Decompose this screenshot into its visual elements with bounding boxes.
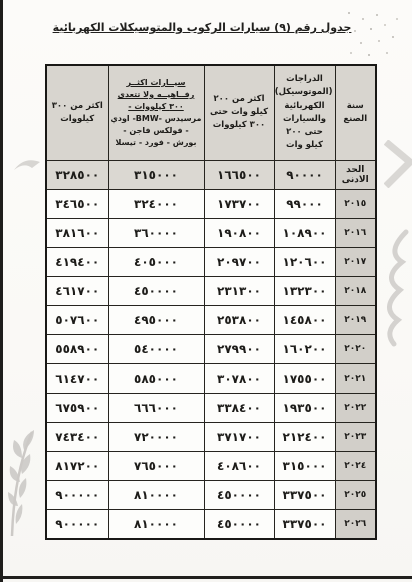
value-200-to-300kw: ٢٣١٣٠٠ [204, 277, 274, 306]
year-cell: ٢٠١٦ [335, 218, 376, 247]
header-luxury-300kw: سيــارات اكثــر رفــاهيــه ولا تتعدى ٣٠٠… [108, 65, 204, 160]
watermark-laurel-branch [0, 424, 42, 544]
value-upto-200kw: ١٤٥٨٠٠ [274, 306, 335, 335]
table-row: ٢٠١٨١٣٢٣٠٠٢٣١٣٠٠٤٥٠٠٠٠٤٦١٧٠٠ [46, 277, 376, 306]
value-over-300kw: ٩٠٠٠٠٠ [46, 510, 108, 539]
scanned-page: جدول رقم (٩) سيارات الركوب والمتوسيكلات … [0, 0, 412, 582]
table-row: ٢٠٢٠١٦٠٢٠٠٢٧٩٩٠٠٥٤٠٠٠٠٥٥٨٩٠٠ [46, 335, 376, 364]
value-luxury: ٥٤٠٠٠٠ [108, 335, 204, 364]
table-row: ٢٠٢٢١٩٣٥٠٠٣٣٨٤٠٠٦٦٦٠٠٠٦٧٥٩٠٠ [46, 393, 376, 422]
watermark-chevron-right [384, 140, 412, 188]
year-cell: ٢٠١٨ [335, 277, 376, 306]
value-200-to-300kw: ٤٠٨٦٠٠ [204, 451, 274, 480]
title-row: جدول رقم (٩) سيارات الركوب والمتوسيكلات … [0, 16, 412, 35]
value-over-300kw: ٧٤٣٤٠٠ [46, 422, 108, 451]
year-cell: الحد الادنى [335, 160, 376, 189]
value-upto-200kw: ٣٣٧٥٠٠ [274, 481, 335, 510]
header-row: سنة الصنع الدراجات (الموتوسيكل) الكهربائ… [46, 65, 376, 160]
value-luxury: ٧٦٥٠٠٠ [108, 451, 204, 480]
value-luxury: ٦٦٦٠٠٠ [108, 393, 204, 422]
value-over-300kw: ٨١٧٢٠٠ [46, 451, 108, 480]
header-over-300kw: اكثر من ٣٠٠ كيلووات [46, 65, 108, 160]
value-over-300kw: ٦١٤٧٠٠ [46, 364, 108, 393]
value-over-300kw: ٣٨١٦٠٠ [46, 218, 108, 247]
year-cell: ٢٠٢٥ [335, 481, 376, 510]
year-cell: ٢٠٢٠ [335, 335, 376, 364]
header-200-to-300kw: اكثر من ٢٠٠ كيلو وات حتى ٣٠٠ كيلووات [204, 65, 274, 160]
page-title: جدول رقم (٩) سيارات الركوب والمتوسيكلات … [53, 21, 352, 34]
value-over-300kw: ٤٦١٧٠٠ [46, 277, 108, 306]
value-upto-200kw: ١٣٢٣٠٠ [274, 277, 335, 306]
table-row: ٢٠١٧١٢٠٦٠٠٢٠٩٧٠٠٤٠٥٠٠٠٤١٩٤٠٠ [46, 247, 376, 276]
value-upto-200kw: ٢١٢٤٠٠ [274, 422, 335, 451]
table-row: ٢٠١٥٩٩٠٠٠١٧٣٧٠٠٣٢٤٠٠٠٣٤٦٥٠٠ [46, 189, 376, 218]
scan-border-left [0, 0, 3, 582]
value-200-to-300kw: ٣٧١٧٠٠ [204, 422, 274, 451]
value-upto-200kw: ١٦٠٢٠٠ [274, 335, 335, 364]
table-row: ٢٠٢١١٧٥٥٠٠٣٠٧٨٠٠٥٨٥٠٠٠٦١٤٧٠٠ [46, 364, 376, 393]
value-over-300kw: ٥٠٧٦٠٠ [46, 306, 108, 335]
year-cell: ٢٠٢٦ [335, 510, 376, 539]
value-200-to-300kw: ٣٣٨٤٠٠ [204, 393, 274, 422]
header-luxury-underlined: سيــارات اكثــر رفــاهيــه ولا تتعدى ٣٠٠… [118, 78, 195, 111]
header-luxury-brands: مرسيدس -BMW- اودي - فولكس فاجن - بورش - … [111, 114, 202, 147]
value-200-to-300kw: ٤٥٠٠٠٠ [204, 510, 274, 539]
value-200-to-300kw: ١٩٠٨٠٠ [204, 218, 274, 247]
year-cell: ٢٠٢١ [335, 364, 376, 393]
scan-border-bottom [0, 576, 412, 579]
value-over-300kw: ٣٢٨٥٠٠ [46, 160, 108, 189]
header-upto-200kw: الدراجات (الموتوسيكل) الكهربائية والسيار… [274, 65, 335, 160]
table-row: ٢٠٢٤٣١٥٠٠٠٤٠٨٦٠٠٧٦٥٠٠٠٨١٧٢٠٠ [46, 451, 376, 480]
value-luxury: ٣٢٤٠٠٠ [108, 189, 204, 218]
value-over-300kw: ٣٤٦٥٠٠ [46, 189, 108, 218]
value-luxury: ٨١٠٠٠٠ [108, 481, 204, 510]
year-cell: ٢٠١٥ [335, 189, 376, 218]
year-cell: ٢٠٢٤ [335, 451, 376, 480]
price-table: سنة الصنع الدراجات (الموتوسيكل) الكهربائ… [45, 64, 377, 540]
value-luxury: ٣١٥٠٠٠ [108, 160, 204, 189]
value-200-to-300kw: ٣٠٧٨٠٠ [204, 364, 274, 393]
table-row: ٢٠١٦١٠٨٩٠٠١٩٠٨٠٠٣٦٠٠٠٠٣٨١٦٠٠ [46, 218, 376, 247]
value-upto-200kw: ٣٣٧٥٠٠ [274, 510, 335, 539]
value-luxury: ٧٢٠٠٠٠ [108, 422, 204, 451]
value-luxury: ٨١٠٠٠٠ [108, 510, 204, 539]
value-200-to-300kw: ٢٥٣٨٠٠ [204, 306, 274, 335]
year-cell: ٢٠١٧ [335, 247, 376, 276]
watermark-swoosh-left [12, 148, 42, 178]
table-row: الحد الادنى٩٠٠٠٠١٦٦٥٠٠٣١٥٠٠٠٣٢٨٥٠٠ [46, 160, 376, 189]
value-over-300kw: ٩٠٠٠٠٠ [46, 481, 108, 510]
value-upto-200kw: ١٧٥٥٠٠ [274, 364, 335, 393]
table-body: الحد الادنى٩٠٠٠٠١٦٦٥٠٠٣١٥٠٠٠٣٢٨٥٠٠٢٠١٥٩٩… [46, 160, 376, 539]
value-upto-200kw: ٣١٥٠٠٠ [274, 451, 335, 480]
value-200-to-300kw: ٢٠٩٧٠٠ [204, 247, 274, 276]
header-year: سنة الصنع [335, 65, 376, 160]
value-luxury: ٣٦٠٠٠٠ [108, 218, 204, 247]
table-row: ٢٠٢٥٣٣٧٥٠٠٤٥٠٠٠٠٨١٠٠٠٠٩٠٠٠٠٠ [46, 481, 376, 510]
watermark-script-right [376, 228, 412, 348]
stamp-dots-artifact [348, 12, 350, 14]
year-cell: ٢٠٢٣ [335, 422, 376, 451]
value-200-to-300kw: ١٧٣٧٠٠ [204, 189, 274, 218]
year-cell: ٢٠٢٢ [335, 393, 376, 422]
value-luxury: ٤٠٥٠٠٠ [108, 247, 204, 276]
value-200-to-300kw: ٢٧٩٩٠٠ [204, 335, 274, 364]
table-row: ٢٠٢٣٢١٢٤٠٠٣٧١٧٠٠٧٢٠٠٠٠٧٤٣٤٠٠ [46, 422, 376, 451]
value-upto-200kw: ١٩٣٥٠٠ [274, 393, 335, 422]
value-200-to-300kw: ٤٥٠٠٠٠ [204, 481, 274, 510]
value-upto-200kw: ٩٩٠٠٠ [274, 189, 335, 218]
table-row: ٢٠٢٦٣٣٧٥٠٠٤٥٠٠٠٠٨١٠٠٠٠٩٠٠٠٠٠ [46, 510, 376, 539]
value-luxury: ٤٩٥٠٠٠ [108, 306, 204, 335]
value-upto-200kw: ٩٠٠٠٠ [274, 160, 335, 189]
year-cell: ٢٠١٩ [335, 306, 376, 335]
value-luxury: ٥٨٥٠٠٠ [108, 364, 204, 393]
value-upto-200kw: ١٢٠٦٠٠ [274, 247, 335, 276]
value-luxury: ٤٥٠٠٠٠ [108, 277, 204, 306]
value-over-300kw: ٥٥٨٩٠٠ [46, 335, 108, 364]
value-over-300kw: ٦٧٥٩٠٠ [46, 393, 108, 422]
table-row: ٢٠١٩١٤٥٨٠٠٢٥٣٨٠٠٤٩٥٠٠٠٥٠٧٦٠٠ [46, 306, 376, 335]
value-upto-200kw: ١٠٨٩٠٠ [274, 218, 335, 247]
value-200-to-300kw: ١٦٦٥٠٠ [204, 160, 274, 189]
value-over-300kw: ٤١٩٤٠٠ [46, 247, 108, 276]
